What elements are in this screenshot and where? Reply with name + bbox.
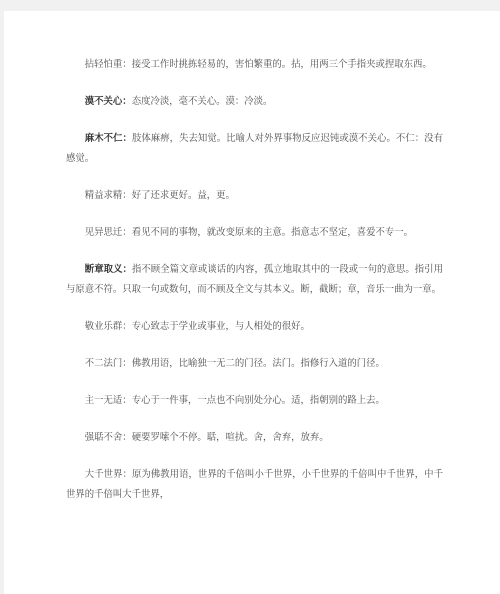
idiom-paragraph: 见异思迁：看见不同的事物，就改变原来的主意。指意志不坚定，喜爱不专一。 — [66, 223, 443, 243]
idiom-definition: 佛教用语，比喻独一无二的门径。法门。指修行入道的门径。 — [132, 358, 385, 369]
idiom-paragraph: 强聒不舍：硬要罗嗦个不停。聒，喧扰。舍，舍弃，放弃。 — [66, 428, 443, 448]
idiom-term: 见异思迁： — [85, 227, 132, 238]
idiom-definition: 接受工作时挑拣轻易的，害怕繁重的。拈，用两三个手指夹或捏取东西。 — [132, 59, 432, 70]
idiom-paragraph: 大千世界：原为佛教用语，世界的千倍叫小千世界，小千世界的千倍叫中千世界，中千世界… — [66, 465, 443, 505]
idiom-paragraph: 主一无适：专心于一件事，一点也不向别处分心。适，指朝别的路上去。 — [66, 391, 443, 411]
idiom-definition: 专心于一件事，一点也不向别处分心。适，指朝别的路上去。 — [132, 395, 385, 406]
idiom-definition: 好了还求更好。益，更。 — [132, 190, 235, 201]
idiom-paragraph: 漠不关心：态度冷淡，毫不关心。漠：冷淡。 — [66, 92, 443, 112]
idiom-term: 主一无适： — [85, 395, 132, 406]
idiom-term: 敬业乐群： — [85, 321, 132, 332]
idiom-definition: 看见不同的事物，就改变原来的主意。指意志不坚定，喜爱不专一。 — [132, 227, 413, 238]
idiom-paragraph: 断章取义：指不顾全篇文章或谈话的内容，孤立地取其中的一段或一句的意思。指引用与原… — [66, 260, 443, 300]
document-page: 拈轻怕重：接受工作时挑拣轻易的，害怕繁重的。拈，用两三个手指夹或捏取东西。漠不关… — [4, 11, 500, 594]
idiom-term: 精益求精： — [85, 190, 132, 201]
idiom-definition: 硬要罗嗦个不停。聒，喧扰。舍，舍弃，放弃。 — [132, 432, 329, 443]
page-margin-top — [0, 0, 500, 11]
idiom-definition: 态度冷淡，毫不关心。漠：冷淡。 — [132, 96, 273, 107]
idiom-term: 强聒不舍： — [85, 432, 132, 443]
idiom-paragraph: 麻木不仁：肢体麻痹，失去知觉。比喻人对外界事物反应迟钝或漠不关心。不仁：没有感觉… — [66, 129, 443, 169]
idiom-definition: 专心致志于学业或事业，与人相处的很好。 — [132, 321, 310, 332]
idiom-paragraph: 不二法门：佛教用语，比喻独一无二的门径。法门。指修行入道的门径。 — [66, 354, 443, 374]
idiom-term: 断章取义： — [85, 264, 132, 275]
idiom-term: 拈轻怕重： — [85, 59, 132, 70]
idiom-definition-list: 拈轻怕重：接受工作时挑拣轻易的，害怕繁重的。拈，用两三个手指夹或捏取东西。漠不关… — [66, 55, 443, 522]
idiom-paragraph: 精益求精：好了还求更好。益，更。 — [66, 186, 443, 206]
idiom-term: 大千世界： — [85, 469, 132, 480]
idiom-paragraph: 拈轻怕重：接受工作时挑拣轻易的，害怕繁重的。拈，用两三个手指夹或捏取东西。 — [66, 55, 443, 75]
idiom-term: 不二法门： — [85, 358, 132, 369]
idiom-term: 漠不关心： — [85, 96, 132, 107]
idiom-term: 麻木不仁： — [85, 133, 132, 144]
idiom-paragraph: 敬业乐群：专心致志于学业或事业，与人相处的很好。 — [66, 317, 443, 337]
